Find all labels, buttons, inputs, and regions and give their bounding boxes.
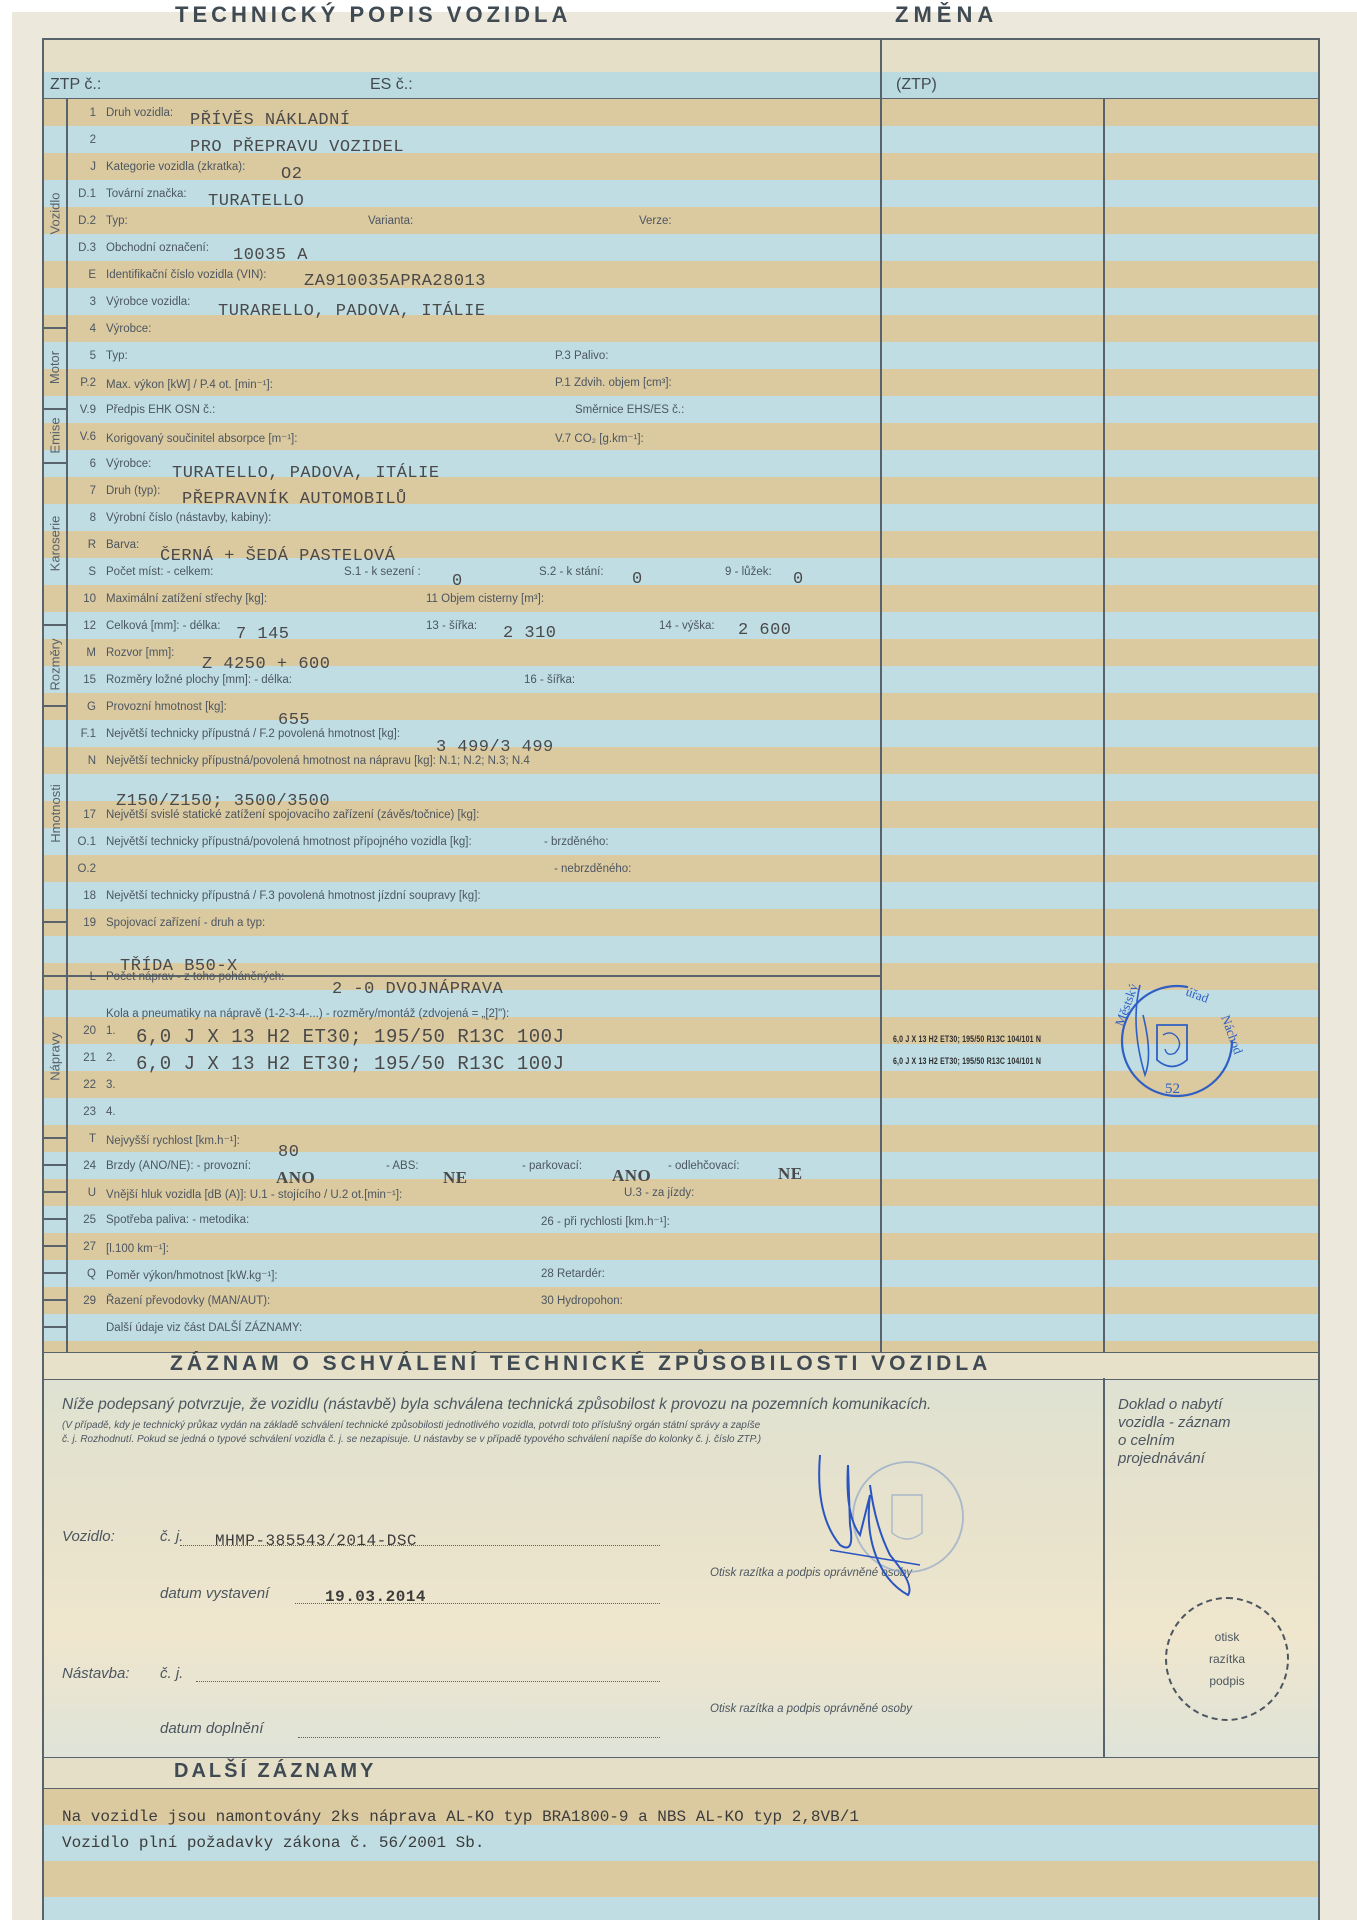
row-20-naprava-1: 20 1. 6,0 J X 13 H2 ET30; 195/50 R13C 10… — [66, 1021, 876, 1048]
field-label: 1. — [106, 1025, 116, 1037]
row-s-pocet-mist: S Počet míst: - celkem: S.1 - k sezení :… — [66, 562, 876, 589]
row-m-rozvor: M Rozvor [mm]: Z 4250 + 600 — [66, 643, 876, 670]
body-cj-line — [196, 1681, 660, 1682]
field-code: V.9 — [66, 404, 96, 416]
field-value: PŘEPRAVNÍK AUTOMOBILŮ — [182, 490, 407, 509]
vehicle-cj-label: č. j. — [160, 1528, 183, 1545]
field-code: 27 — [66, 1241, 96, 1253]
field-code: T — [66, 1133, 96, 1145]
completion-date-line — [298, 1737, 660, 1738]
field-code: L — [66, 971, 96, 983]
row-v6-absorpce: V.6 Korigovaný součinitel absorpce [m⁻¹]… — [66, 427, 876, 454]
completion-date-label: datum doplnění — [160, 1720, 263, 1737]
field-label: P.1 Zdvih. objem [cm³]: — [555, 377, 672, 389]
field-label: Spotřeba paliva: - metodika: — [106, 1214, 249, 1226]
section-label: Emise — [48, 417, 63, 453]
field-label: - parkovací: — [522, 1160, 582, 1172]
field-label: - odlehčovací: — [668, 1160, 740, 1172]
field-code: 19 — [66, 917, 96, 929]
field-label: Tovární značka: — [106, 188, 187, 200]
field-value: 6,0 J X 13 H2 ET30; 195/50 R13C 100J — [136, 1026, 564, 1048]
field-label: Největší technicky přípustná/povolená hm… — [106, 836, 472, 848]
field-code: 8 — [66, 512, 96, 524]
field-value: 10035 A — [233, 246, 308, 265]
field-label: 13 - šířka: — [426, 620, 477, 632]
field-label: 14 - výška: — [659, 620, 715, 632]
field-code: D.3 — [66, 242, 96, 254]
row-d2-typ: D.2 Typ: Varianta: Verze: — [66, 211, 876, 238]
field-label: 28 Retardér: — [541, 1268, 605, 1280]
vehicle-cj-value: MHMP-385543/2014-DSC — [215, 1532, 417, 1550]
approval-divider — [1103, 1378, 1105, 1757]
vehicle-label: Vozidlo: — [62, 1528, 115, 1545]
further-records-title: DALŠÍ ZÁZNAMY — [174, 1760, 376, 1783]
section-label: Karoserie — [48, 515, 63, 571]
change-subcolumn-divider — [1103, 99, 1105, 1352]
field-code: 20 — [66, 1025, 96, 1037]
row-v9-predpis: V.9 Předpis EHK OSN č.: Směrnice EHS/ES … — [66, 400, 876, 427]
section-divider — [44, 1245, 66, 1247]
field-label: P.3 Palivo: — [555, 350, 609, 362]
row-27-spotreba-100km: 27 [l.100 km⁻¹]: — [66, 1237, 876, 1264]
row-n-hmotnost-naprava: N Největší technicky přípustná/povolená … — [66, 751, 876, 778]
row-19-spojovaci-zarizeni: 19 Spojovací zařízení - druh a typ: TŘÍD… — [66, 913, 876, 940]
field-label: Počet míst: - celkem: — [106, 566, 213, 578]
row-u-vnejsi-hluk: U Vnější hluk vozidla [dB (A)]: U.1 - st… — [66, 1183, 876, 1210]
field-code: O.2 — [66, 863, 96, 875]
field-label: Provozní hmotnost [kg]: — [106, 701, 227, 713]
field-code: 6 — [66, 458, 96, 470]
section-divider — [44, 1164, 66, 1166]
field-code: 2 — [66, 134, 96, 146]
section-divider — [44, 1326, 66, 1328]
field-value: 2 600 — [738, 621, 792, 640]
field-label: Kola a pneumatiky na nápravě (1-2-3-4-..… — [106, 1008, 509, 1020]
field-code: G — [66, 701, 96, 713]
form-title: TECHNICKÝ POPIS VOZIDLA — [175, 2, 571, 28]
issue-date-value: 19.03.2014 — [325, 1588, 426, 1606]
row-kola-pneumatiky: Kola a pneumatiky na nápravě (1-2-3-4-..… — [66, 994, 876, 1021]
row-2: 2 PRO PŘEPRAVU VOZIDEL — [66, 130, 876, 157]
field-code: P.2 — [66, 377, 96, 389]
field-label: Největší svislé statické zatížení spojov… — [106, 809, 479, 821]
field-label: 16 - šířka: — [524, 674, 575, 686]
change-entry-1: 6,0 J X 13 H2 ET30; 195/50 R13C 104/101 … — [893, 1034, 1041, 1044]
issue-date-label: datum vystavení — [160, 1585, 269, 1602]
customs-line: o celním — [1118, 1432, 1288, 1450]
field-label: Druh (typ): — [106, 485, 160, 497]
section-divider — [44, 1299, 66, 1301]
row-t-nejvyssi-rychlost: T Nejvyšší rychlost [km.h⁻¹]: 80 — [66, 1129, 876, 1156]
field-code: 24 — [66, 1160, 96, 1172]
row-r-barva: R Barva: ČERNÁ + ŠEDÁ PASTELOVÁ — [66, 535, 876, 562]
field-label: Barva: — [106, 539, 139, 551]
field-label: Rozvor [mm]: — [106, 647, 174, 659]
row-25-spotreba: 25 Spotřeba paliva: - metodika: 26 - při… — [66, 1210, 876, 1237]
field-code: 25 — [66, 1214, 96, 1226]
row-q-pomer-vykon: Q Poměr výkon/hmotnost [kW.kg⁻¹]: 28 Ret… — [66, 1264, 876, 1291]
field-label: Největší technicky přípustná / F.3 povol… — [106, 890, 481, 902]
row-dalsi-udaje: Další údaje viz část DALŠÍ ZÁZNAMY: — [66, 1318, 876, 1345]
field-code: J — [66, 161, 96, 173]
stamp-placeholder: otisk razítka podpis — [1165, 1597, 1289, 1721]
section-divider — [44, 921, 66, 923]
field-label: Vnější hluk vozidla [dB (A)]: U.1 - stoj… — [106, 1187, 402, 1201]
field-label: Max. výkon [kW] / P.4 ot. [min⁻¹]: — [106, 377, 273, 391]
field-label: Předpis EHK OSN č.: — [106, 404, 215, 416]
field-label: 9 - lůžek: — [725, 566, 772, 578]
field-value: 7 145 — [236, 625, 290, 644]
body-cj-label: č. j. — [160, 1665, 183, 1682]
row-23-naprava-4: 23 4. — [66, 1102, 876, 1129]
stamp-placeholder-text: podpis — [1209, 1670, 1244, 1692]
field-label: Druh vozidla: — [106, 107, 173, 119]
approval-title: ZÁZNAM O SCHVÁLENÍ TECHNICKÉ ZPŮSOBILOST… — [170, 1352, 991, 1376]
section-label: Hmotnosti — [48, 784, 63, 843]
row-24-brzdy: 24 Brzdy (ANO/NE): - provozní: ANO - ABS… — [66, 1156, 876, 1183]
field-label: - nebrzděného: — [554, 863, 631, 875]
row-12-celkove-rozmery: 12 Celková [mm]: - délka: 7 145 13 - šíř… — [66, 616, 876, 643]
approval-note-line-1: (V případě, kdy je technický průkaz vydá… — [62, 1420, 760, 1431]
stamp-caption-body: Otisk razítka a podpis oprávněné osoby — [710, 1703, 912, 1715]
field-value: 2 310 — [503, 624, 557, 643]
field-label: Největší technicky přípustná/povolená hm… — [106, 755, 530, 767]
row-7-druh-typ: 7 Druh (typ): PŘEPRAVNÍK AUTOMOBILŮ — [66, 481, 876, 508]
field-code: M — [66, 647, 96, 659]
vin-value: ZA910035APRA28013 — [304, 272, 486, 291]
row-o2: O.2 - nebrzděného: — [66, 859, 876, 886]
field-code: 3 — [66, 296, 96, 308]
field-value: PŘÍVĚS NÁKLADNÍ — [190, 111, 351, 130]
section-divider — [44, 1137, 66, 1139]
further-record-line-2: Vozidlo plní požadavky zákona č. 56/2001… — [62, 1834, 484, 1852]
section-rozmery: Rozměry — [44, 624, 66, 705]
field-label: Maximální zatížení střechy [kg]: — [106, 593, 267, 605]
field-label: Kategorie vozidla (zkratka): — [106, 161, 245, 173]
field-label: U.3 - za jízdy: — [624, 1187, 694, 1199]
field-label: 26 - při rychlosti [km.h⁻¹]: — [541, 1214, 670, 1228]
section-label: Rozměry — [48, 638, 63, 690]
field-label: Poměr výkon/hmotnost [kW.kg⁻¹]: — [106, 1268, 278, 1282]
field-code: 10 — [66, 593, 96, 605]
change-entry-2: 6,0 J X 13 H2 ET30; 195/50 R13C 104/101 … — [893, 1056, 1041, 1066]
field-label: - ABS: — [386, 1160, 419, 1172]
field-label: Identifikační číslo vozidla (VIN): — [106, 269, 266, 281]
section-motor: Motor — [44, 327, 66, 408]
field-code: 23 — [66, 1106, 96, 1118]
field-label: Brzdy (ANO/NE): - provozní: — [106, 1160, 251, 1172]
row-18-jizdni-souprava: 18 Největší technicky přípustná / F.3 po… — [66, 886, 876, 913]
section-vozidlo: Vozidlo — [44, 99, 66, 327]
row-22-naprava-3: 22 3. — [66, 1075, 876, 1102]
field-label: Výrobce: — [106, 323, 151, 335]
field-label: Verze: — [639, 215, 672, 227]
field-code: 18 — [66, 890, 96, 902]
row-21-naprava-2: 21 2. 6,0 J X 13 H2 ET30; 195/50 R13C 10… — [66, 1048, 876, 1075]
further-record-line-1: Na vozidle jsou namontovány 2ks náprava … — [62, 1808, 859, 1826]
row-4-vyrobce: 4 Výrobce: — [66, 319, 876, 346]
field-code: O.1 — [66, 836, 96, 848]
es-label: ES č.: — [370, 76, 413, 94]
field-code: F.1 — [66, 728, 96, 740]
field-label: Počet náprav - z toho poháněných: — [106, 971, 284, 983]
field-label: V.7 CO₂ [g.km⁻¹]: — [555, 431, 644, 445]
row-29-razeni: 29 Řazení převodovky (MAN/AUT): 30 Hydro… — [66, 1291, 876, 1318]
field-label: 30 Hydropohon: — [541, 1295, 623, 1307]
field-code: 5 — [66, 350, 96, 362]
row-j-kategorie: J Kategorie vozidla (zkratka): O2 — [66, 157, 876, 184]
field-label: Varianta: — [368, 215, 413, 227]
section-karoserie: Karoserie — [44, 462, 66, 624]
field-code: 17 — [66, 809, 96, 821]
field-code: E — [66, 269, 96, 281]
row-g-provozni-hmotnost: G Provozní hmotnost [kg]: 655 — [66, 697, 876, 724]
field-code: S — [66, 566, 96, 578]
field-label: Výrobní číslo (nástavby, kabiny): — [106, 512, 271, 524]
field-code: 22 — [66, 1079, 96, 1091]
field-label: Výrobce vozidla: — [106, 296, 190, 308]
field-value: NE — [778, 1164, 803, 1184]
field-code: 29 — [66, 1295, 96, 1307]
row-l-pocet-naprav: L Počet náprav - z toho poháněných: 2 -0… — [66, 967, 876, 994]
field-code: D.2 — [66, 215, 96, 227]
section-label: Motor — [48, 351, 63, 384]
municipal-stamp-icon: 52 Městský úřad Náchod — [1105, 975, 1245, 1115]
field-label: 11 Objem cisterny [m³]: — [426, 593, 544, 605]
field-value: 6,0 J X 13 H2 ET30; 195/50 R13C 100J — [136, 1053, 564, 1075]
section-divider — [44, 1218, 66, 1220]
form-subheader: ZTP č.: ES č.: (ZTP) — [44, 72, 1318, 99]
field-label: - brzděného: — [544, 836, 609, 848]
approval-note-line-2: č. j. Rozhodnutí. Pokud se jedná o typov… — [62, 1434, 761, 1445]
field-value: O2 — [281, 165, 302, 184]
row-17-svisle-zatizeni: 17 Největší svislé statické zatížení spo… — [66, 805, 876, 832]
field-code: N — [66, 755, 96, 767]
field-code: 7 — [66, 485, 96, 497]
field-label: Směrnice EHS/ES č.: — [575, 404, 684, 416]
field-label: Největší technicky přípustná / F.2 povol… — [106, 728, 400, 740]
field-code: 1 — [66, 107, 96, 119]
field-label: Nejvyšší rychlost [km.h⁻¹]: — [106, 1133, 240, 1147]
field-label: [l.100 km⁻¹]: — [106, 1241, 169, 1255]
row-10-zatizeni-strechy: 10 Maximální zatížení střechy [kg]: 11 O… — [66, 589, 876, 616]
field-code: D.1 — [66, 188, 96, 200]
row-d1-tovarni-znacka: D.1 Tovární značka: TURATELLO — [66, 184, 876, 211]
field-label: S.1 - k sezení : — [344, 566, 421, 578]
section-label: Vozidlo — [48, 192, 63, 234]
section-hmotnosti: Hmotnosti — [44, 705, 66, 921]
customs-line: Doklad o nabytí — [1118, 1396, 1288, 1414]
ztp-label: ZTP č.: — [50, 76, 101, 94]
row-f1-hmotnost: F.1 Největší technicky přípustná / F.2 p… — [66, 724, 876, 751]
svg-text:Náchod: Náchod — [1218, 1013, 1246, 1057]
field-value: PRO PŘEPRAVU VOZIDEL — [190, 138, 404, 157]
field-label: Řazení převodovky (MAN/AUT): — [106, 1295, 270, 1307]
row-6-vyrobce-karoserie: 6 Výrobce: TURATELLO, PADOVA, ITÁLIE — [66, 454, 876, 481]
field-label: 3. — [106, 1079, 116, 1091]
section-divider — [44, 1272, 66, 1274]
customs-line: vozidla - záznam — [1118, 1414, 1288, 1432]
svg-text:52: 52 — [1165, 1081, 1180, 1097]
field-label: S.2 - k stání: — [539, 566, 604, 578]
field-label: Výrobce: — [106, 458, 151, 470]
field-code: U — [66, 1187, 96, 1199]
approval-statement: Níže podepsaný potvrzuje, že vozidlu (ná… — [62, 1396, 931, 1414]
field-label: Korigovaný součinitel absorpce [m⁻¹]: — [106, 431, 297, 445]
row-1-druh-vozidla: 1 Druh vozidla: PŘÍVĚS NÁKLADNÍ — [66, 103, 876, 130]
field-code: Q — [66, 1268, 96, 1280]
field-label: 4. — [106, 1106, 116, 1118]
field-code: 4 — [66, 323, 96, 335]
section-label: Nápravy — [48, 1032, 63, 1080]
row-o1-pripojne-vozidlo: O.1 Největší technicky přípustná/povolen… — [66, 832, 876, 859]
field-label: Rozměry ložné plochy [mm]: - délka: — [106, 674, 292, 686]
field-value: 0 — [793, 570, 804, 589]
field-code: 21 — [66, 1052, 96, 1064]
field-code: V.6 — [66, 431, 96, 443]
section-emise: Emise — [44, 408, 66, 462]
row-d3-obchodni-oznaceni: D.3 Obchodní označení: 10035 A — [66, 238, 876, 265]
change-column-title: ZMĚNA — [895, 2, 998, 28]
row-3-vyrobce-vozidla: 3 Výrobce vozidla: TURARELLO, PADOVA, IT… — [66, 292, 876, 319]
customs-line: projednávání — [1118, 1450, 1288, 1468]
field-label: Typ: — [106, 350, 128, 362]
customs-record-box: Doklad o nabytí vozidla - záznam o celní… — [1118, 1396, 1288, 1468]
field-label: Další údaje viz část DALŠÍ ZÁZNAMY: — [106, 1322, 302, 1334]
field-code: R — [66, 539, 96, 551]
change-column-divider — [880, 40, 882, 1352]
field-value: 0 — [632, 570, 643, 589]
row-8-vyrobni-cislo: 8 Výrobní číslo (nástavby, kabiny): — [66, 508, 876, 535]
svg-text:úřad: úřad — [1184, 984, 1211, 1006]
signature-icon — [810, 1455, 980, 1605]
row-e-vin: E Identifikační číslo vozidla (VIN): ZA9… — [66, 265, 876, 292]
field-code: 12 — [66, 620, 96, 632]
stamp-placeholder-text: razítka — [1209, 1648, 1245, 1670]
body-label: Nástavba: — [62, 1665, 130, 1682]
section-divider — [44, 1191, 66, 1193]
change-ztp-label: (ZTP) — [896, 76, 937, 94]
row-15-lozna-plocha: 15 Rozměry ložné plochy [mm]: - délka: 1… — [66, 670, 876, 697]
field-label: Celková [mm]: - délka: — [106, 620, 220, 632]
field-label: Typ: — [106, 215, 128, 227]
field-value: TURATELLO — [208, 192, 304, 211]
field-label: Obchodní označení: — [106, 242, 209, 254]
field-code: 15 — [66, 674, 96, 686]
stamp-placeholder-text: otisk — [1215, 1626, 1240, 1648]
field-label: Spojovací zařízení - druh a typ: — [106, 917, 265, 929]
section-napravy: Nápravy — [44, 975, 66, 1137]
row-p2-max-vykon: P.2 Max. výkon [kW] / P.4 ot. [min⁻¹]: P… — [66, 373, 876, 400]
form-header — [44, 40, 1318, 73]
field-label: 2. — [106, 1052, 116, 1064]
row-5-typ: 5 Typ: P.3 Palivo: — [66, 346, 876, 373]
